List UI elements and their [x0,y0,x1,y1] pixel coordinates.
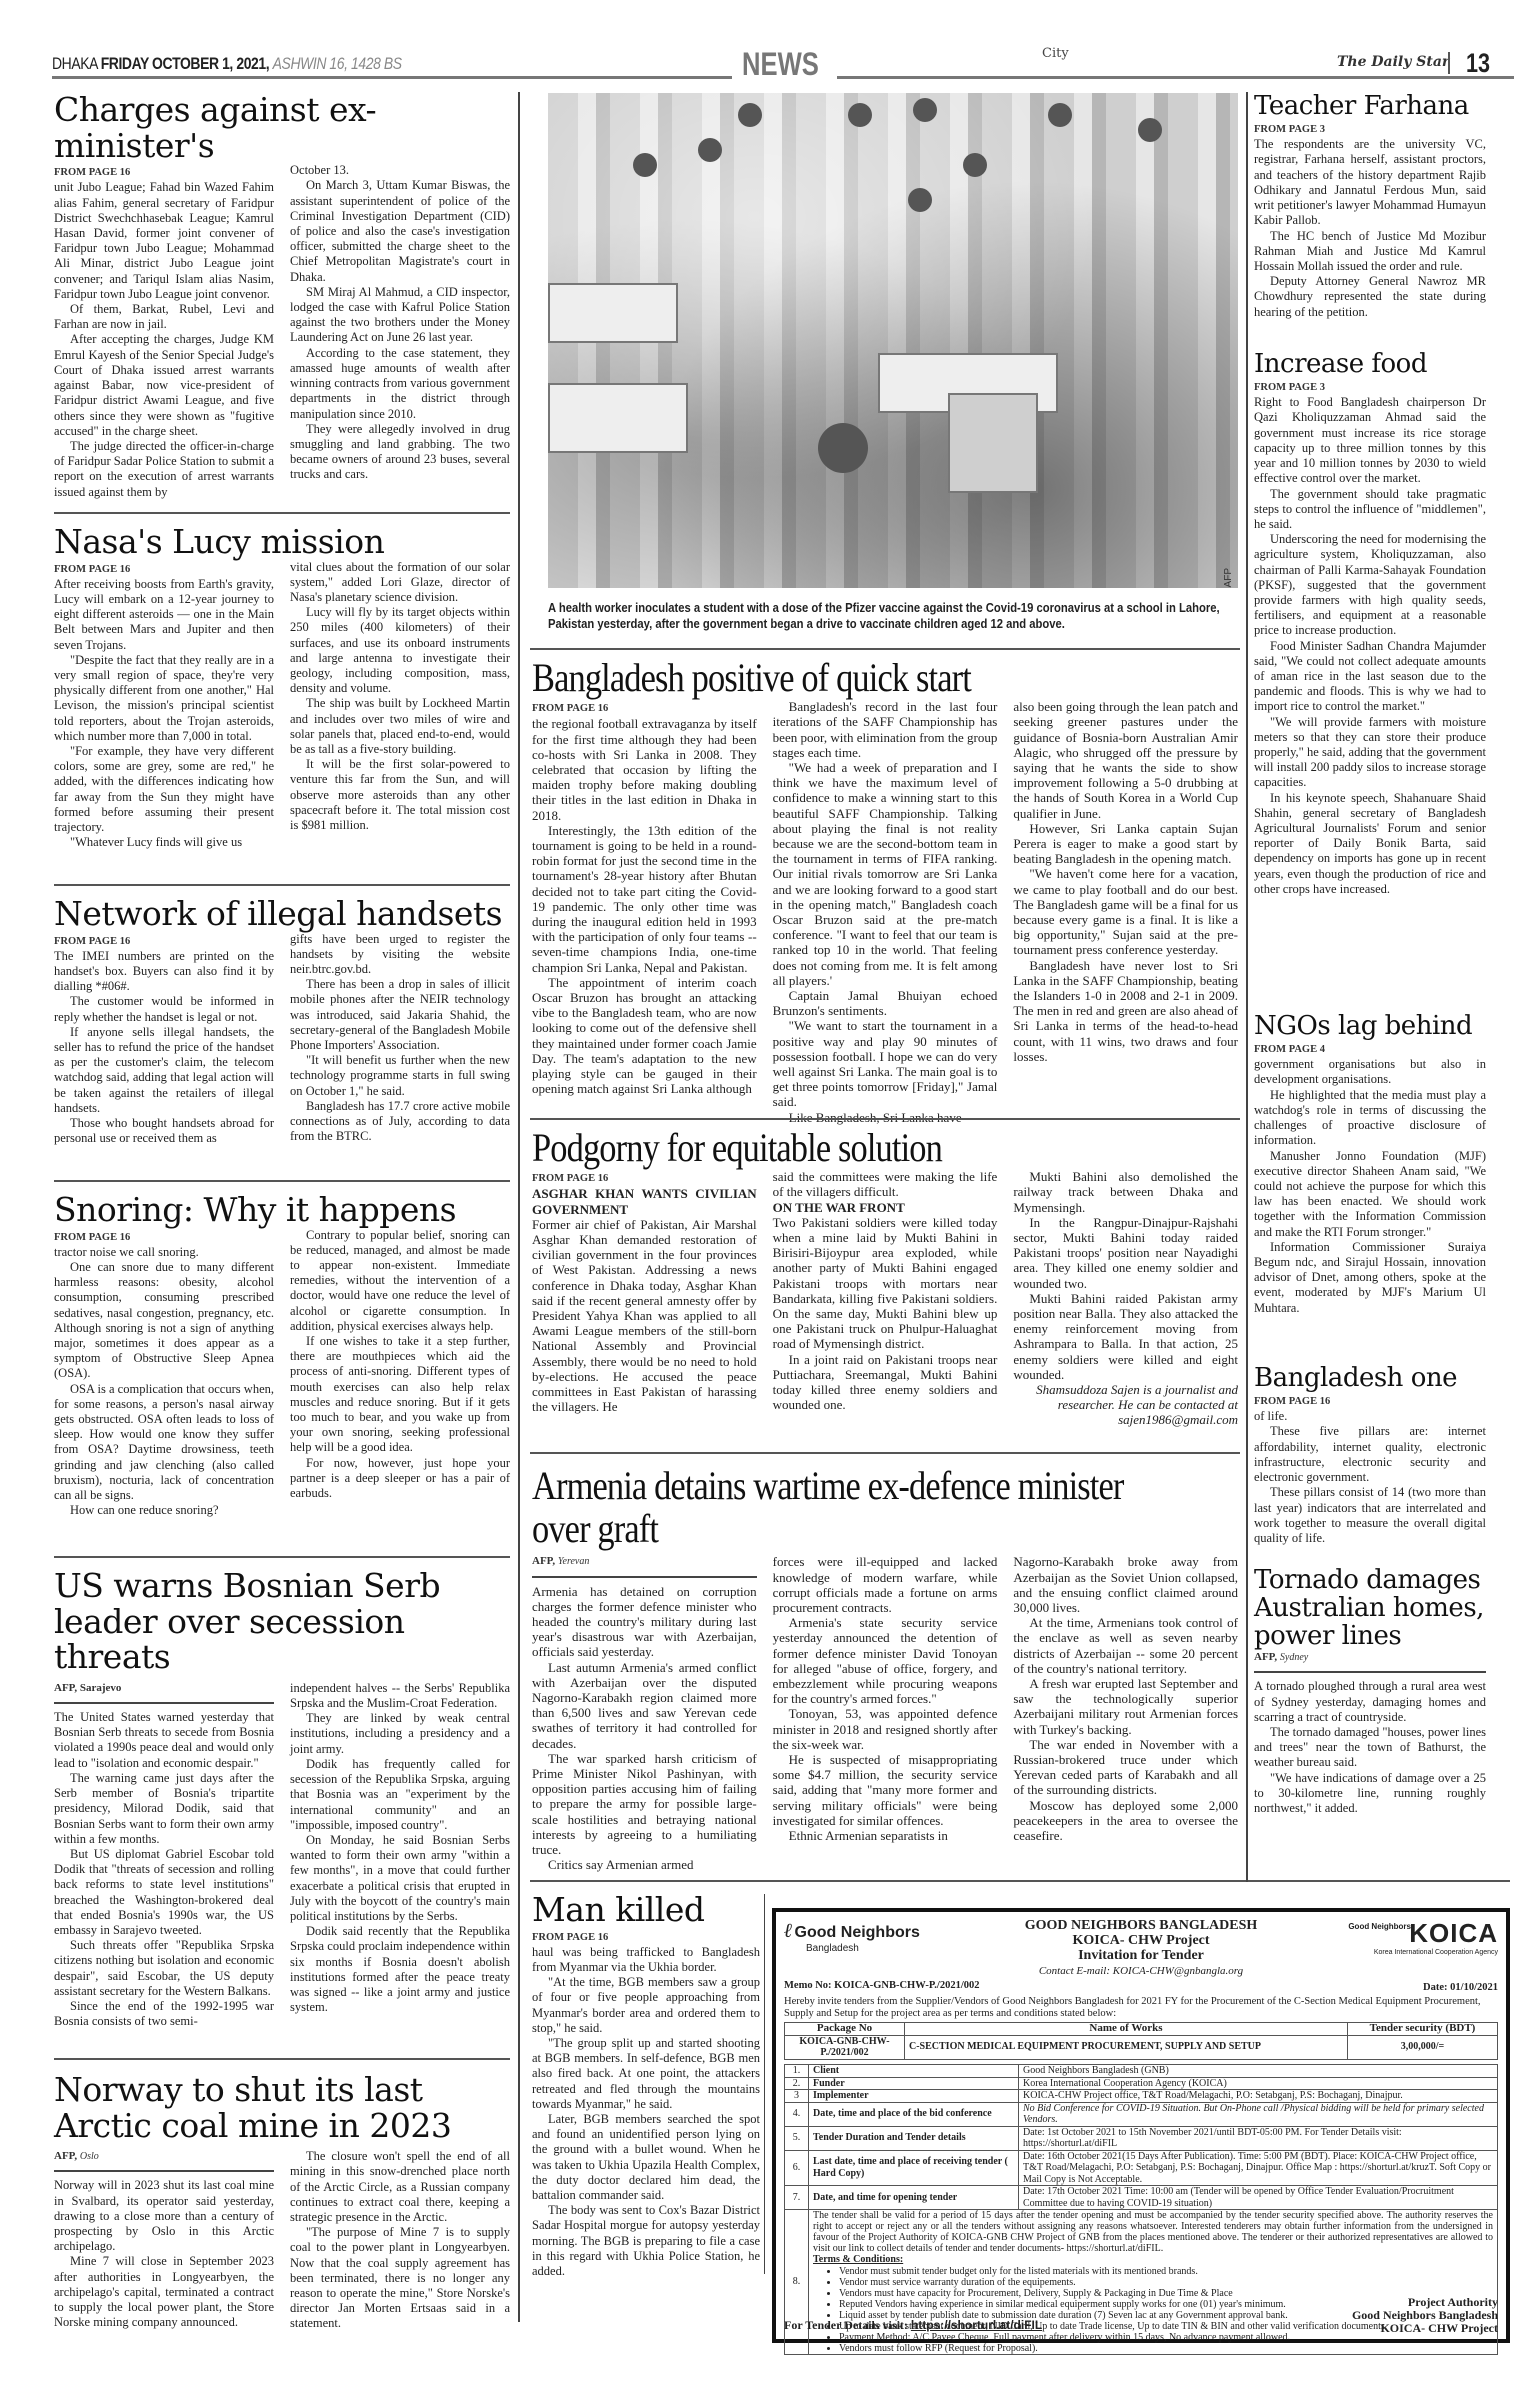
byline-place: Oslo [80,2151,99,2162]
masthead-separator [1448,52,1450,74]
column: The closure won't spell the end of all m… [290,2149,510,2331]
paragraph: of life. [1254,1409,1486,1424]
paragraph: Mukti Bahini raided Pakistan army positi… [1013,1291,1238,1382]
row-value: No Bid Conference for COVID-19 Situation… [1019,2102,1498,2126]
byline: AFP, Oslo [54,2149,274,2172]
paragraph: unit Jubo League; Fahad bin Wazed Fahim … [54,180,274,302]
story-football: Bangladesh positive of quick start FROM … [532,656,1238,1125]
row-key: Date, time and place of the bid conferen… [809,2102,1019,2126]
koica-logo: KOICAKorea International Cooperation Age… [1374,1918,1498,1956]
dateline-city: DHAKA [52,54,97,73]
term-item: Vendors must follow RFP (Request for Pro… [839,2343,1493,2354]
photo-person [963,153,987,177]
column: FROM PAGE 16 unit Jubo League; Fahad bin… [54,163,274,499]
headline: Charges against ex-minister's [54,92,510,163]
byline-place: Sarajevo [80,1682,122,1694]
column: FROM PAGE 16 the regional football extra… [532,699,757,1125]
column: forces were ill-equipped and lacked know… [773,1554,998,1872]
paragraph: A tornado ploughed through a rural area … [1254,1679,1486,1725]
paragraph: Lucy will fly by its target objects with… [290,605,510,696]
table-header: Name of Works [905,2023,1348,2036]
paragraph: He is suspected of misappropriating some… [773,1752,998,1828]
paragraph: vital clues about the formation of our s… [290,560,510,606]
story-teacher-farhana: Teacher Farhana FROM PAGE 3 The responde… [1254,92,1486,320]
paragraph: The respondents are the university VC, r… [1254,137,1486,228]
paragraph: Mukti Bahini also demolished the railway… [1013,1169,1238,1215]
paragraph: "It will benefit us further when the new… [290,1053,510,1099]
photo-person [1048,103,1072,127]
table-row: 3ImplementerKOICA-CHW Project office, T&… [785,2090,1498,2103]
story-tornado: Tornado damages Australian homes, power … [1254,1566,1486,1816]
paragraph: In his keynote speech, Shahanuare Shaid … [1254,791,1486,897]
table-row: 1.ClientGood Neighbors Bangladesh (GNB) [785,2065,1498,2078]
paragraph: Manusher Jonno Foundation (MJF) executiv… [1254,1149,1486,1240]
paragraph: Deputy Attorney General Nawroz MR Chowdh… [1254,274,1486,320]
paragraph: Ethnic Armenian separatists in [773,1828,998,1843]
gn-logo-icon: ℓ [784,1918,793,1942]
memo-number: Memo No: KOICA-GNB-CHW-P./2021/002 [784,1980,980,1991]
photo-person [908,188,932,212]
good-neighbors-logo: ℓGood NeighborsBangladesh [784,1918,920,1954]
paragraph: Food Minister Sadhan Chandra Majumder sa… [1254,639,1486,715]
paragraph: Norway will in 2023 shut its last coal m… [54,2178,274,2254]
dateline-bangla-date: ASHWIN 16, 1428 BS [273,54,402,73]
row-value: Korea International Cooperation Agency (… [1019,2077,1498,2090]
masthead-rule-right [837,76,1514,79]
paragraph: If one wishes to take it a step further,… [290,1334,510,1456]
ad-title: KOICA- CHW Project [976,1933,1306,1948]
story-increase-food: Increase food FROM PAGE 3 Right to Food … [1254,350,1486,897]
paragraph: Former air chief of Pakistan, Air Marsha… [532,1217,757,1415]
kicker: FROM PAGE 3 [1254,380,1486,395]
author-signature: Shamsuddoza Sajen is a journalist and re… [1013,1382,1238,1428]
paragraph: They are linked by weak central institut… [290,1711,510,1757]
kicker: FROM PAGE 16 [54,165,274,180]
column: Mukti Bahini also demolished the railway… [1013,1169,1238,1427]
paragraph: The customer would be informed in reply … [54,994,274,1024]
paragraph: "We want to start the tournament in a po… [773,1018,998,1109]
column: Contrary to popular belief, snoring can … [290,1228,510,1519]
paragraph: OSA is a complication that occurs when, … [54,1382,274,1504]
table-cell: KOICA-GNB-CHW-P./2021/002 [785,2035,905,2059]
paragraph: After accepting the charges, Judge KM Em… [54,332,274,438]
brand-left-sub: Bangladesh [806,1943,920,1954]
paragraph: "At the time, BGB members saw a group of… [532,1975,760,2036]
paragraph: "We will provide farmers with moisture m… [1254,715,1486,791]
photo-person [738,103,762,127]
divider [54,1180,510,1182]
headline: Bangladesh one [1254,1364,1486,1392]
headline: Tornado damages Australian homes, power … [1254,1566,1486,1650]
paragraph: tractor noise we call snoring. [54,1245,274,1260]
column: AFP, Oslo Norway will in 2023 shut its l… [54,2149,274,2331]
paragraph: The judge directed the officer-in-charge… [54,439,274,500]
table-row: 5.Tender Duration and Tender detailsDate… [785,2126,1498,2150]
paragraph: The warning came just days after the Ser… [54,1771,274,1847]
tender-advertisement: ℓGood NeighborsBangladesh GOOD NEIGHBORS… [772,1908,1510,2343]
headline: Teacher Farhana [1254,92,1486,120]
photo-cooler [948,393,1038,493]
paragraph: In the Rangpur-Dinajpur-Rajshahi sector,… [1013,1215,1238,1291]
column-divider [764,1894,765,2274]
paragraph: "Whatever Lucy finds will give us [54,835,274,850]
story-bangladesh-one: Bangladesh one FROM PAGE 16 of life. The… [1254,1364,1486,1546]
headline: Snoring: Why it happens [54,1192,510,1228]
paragraph: In a joint raid on Pakistani troops near… [773,1352,998,1413]
table-row: 2.FunderKorea International Cooperation … [785,2077,1498,2090]
row-value: Good Neighbors Bangladesh (GNB) [1019,2065,1498,2078]
row-number: 3 [785,2090,809,2103]
footer-label: For Tender Details visit: [784,2318,908,2332]
ad-footer-left: For Tender Details visit: https://shortu… [784,2318,1042,2333]
paragraph: The war sparked harsh criticism of Prime… [532,1751,757,1857]
paragraph: Bangladesh's record in the last four ite… [773,699,998,760]
headline: US warns Bosnian Serb leader over secess… [54,1568,510,1675]
brand-left: Good Neighbors [795,1924,920,1941]
row-key: Date, and time for opening tender [809,2186,1019,2210]
paragraph: One can snore due to many different harm… [54,1260,274,1382]
photo-person [848,103,872,127]
photo-person [1138,118,1162,142]
paragraph: They were allegedly involved in drug smu… [290,422,510,483]
table-header: Package No [785,2023,905,2036]
row-number: 5. [785,2126,809,2150]
row-number: 6. [785,2150,809,2186]
photo-desk [548,383,688,453]
story-man-killed: Man killed FROM PAGE 16 haul was being t… [532,1892,760,2279]
column: FROM PAGE 16 haul was being trafficked t… [532,1928,760,2280]
kicker: FROM PAGE 16 [1254,1394,1486,1409]
byline-agency: AFP, [532,1555,555,1567]
paragraph: There has been a drop in sales of illici… [290,977,510,1053]
divider [54,884,510,886]
headline: Nasa's Lucy mission [54,524,510,560]
column-divider [518,92,520,2322]
ad-footer-right: Project Authority Good Neighbors Banglad… [1352,2296,1498,2335]
paragraph: These five pillars are: internet afforda… [1254,1424,1486,1485]
paragraph: "Despite the fact that they really are i… [54,653,274,744]
paragraph: However, Sri Lanka captain Sujan Perera … [1013,821,1238,867]
photo-person [913,98,937,122]
kicker: FROM PAGE 4 [1254,1042,1486,1057]
column: FROM PAGE 16 tractor noise we call snori… [54,1228,274,1519]
paragraph: Interestingly, the 13th edition of the t… [532,823,757,975]
paragraph: Two Pakistani soldiers were killed today… [773,1215,998,1352]
column: FROM PAGE 16 The IMEI numbers are printe… [54,932,274,1147]
ad-title-block: GOOD NEIGHBORS BANGLADESH KOICA- CHW Pro… [976,1918,1306,1979]
table-row: 6.Last date, time and place of receiving… [785,2150,1498,2186]
paragraph: Of them, Barkat, Rubel, Levi and Farhan … [54,302,274,332]
paragraph: Captain Jamal Bhuiyan echoed Brunzon's s… [773,988,998,1018]
headline: Man killed [532,1892,760,1928]
paragraph: If anyone sells illegal handsets, the se… [54,1025,274,1116]
paragraph: These pillars consist of 14 (two more th… [1254,1485,1486,1546]
paragraph: The ship was built by Lockheed Martin an… [290,696,510,757]
tender-footer-link[interactable]: https://shorturl.at/diFIL [911,2318,1042,2332]
paragraph: gifts have been urged to register the ha… [290,932,510,978]
ad-title: GOOD NEIGHBORS BANGLADESH [976,1918,1306,1933]
paragraph: Nagorno-Karabakh broke away from Azerbai… [1013,1554,1238,1615]
paragraph: Since the end of the 1992-1995 war Bosni… [54,1999,274,2029]
paragraph: The closure won't spell the end of all m… [290,2149,510,2225]
paragraph: also been going through the lean patch a… [1013,699,1238,821]
column: Nagorno-Karabakh broke away from Azerbai… [1013,1554,1238,1872]
paragraph: SM Miraj Al Mahmud, a CID inspector, lod… [290,285,510,346]
paragraph: "For example, they have very different c… [54,744,274,835]
column: gifts have been urged to register the ha… [290,932,510,1147]
terms-title: Terms & Conditions: [813,2254,1493,2266]
footer-project: KOICA- CHW Project [1352,2322,1498,2335]
paragraph: Those who bought handsets abroad for per… [54,1116,274,1146]
paragraph: But US diplomat Gabriel Escobar told Dod… [54,1847,274,1938]
paragraph: The body was sent to Cox's Bazar Distric… [532,2203,760,2279]
byline: AFP, Sydney [1254,1650,1486,1673]
photo-caption: A health worker inoculates a student wit… [548,600,1232,632]
table-cell: 3,00,000/= [1348,2035,1498,2059]
tender-details-link[interactable]: Date: 1st October 2021 to 15th November … [1019,2126,1498,2150]
divider [54,1556,510,1558]
paragraph: Last autumn Armenia's armed conflict wit… [532,1660,757,1751]
paragraph: Armenia's state security service yesterd… [773,1615,998,1706]
paragraph: Information Commissioner Suraiya Begum n… [1254,1240,1486,1316]
paragraph: How can one reduce snoring? [54,1503,274,1518]
ad-contact-email: Contact E-mail: KOICA-CHW@gnbangla.org [1039,1965,1243,1977]
row-key: Funder [809,2077,1019,2090]
story-norway: Norway to shut its last Arctic coal mine… [54,2072,510,2332]
validity-text: The tender shall be valid for a period o… [813,2210,1493,2254]
story-charges: Charges against ex-minister's FROM PAGE … [54,92,510,500]
paragraph: Moscow has deployed some 2,000 peacekeep… [1013,1798,1238,1844]
story-armenia: Armenia detains wartime ex-defence minis… [532,1464,1238,1872]
paragraph: Later, BGB members searched the spot and… [532,2112,760,2203]
column: also been going through the lean patch a… [1013,699,1238,1125]
headline: NGOs lag behind [1254,1012,1486,1040]
paragraph: "We haven't come here for a vacation, we… [1013,866,1238,957]
paragraph: independent halves -- the Serbs' Republi… [290,1681,510,1711]
paragraph: Underscoring the need for modernising th… [1254,532,1486,638]
column: independent halves -- the Serbs' Republi… [290,1681,510,2029]
column: vital clues about the formation of our s… [290,560,510,851]
column: AFP, Sydney A tornado ploughed through a… [1254,1650,1486,1816]
ad-title: Invitation for Tender [976,1948,1306,1963]
paragraph: Dodik said recently that the Republika S… [290,1924,510,2015]
paragraph: Bangladesh have never lost to Sri Lanka … [1013,958,1238,1064]
kicker: FROM PAGE 16 [532,1171,757,1186]
dateline: DHAKA FRIDAY OCTOBER 1, 2021, ASHWIN 16,… [52,54,402,74]
row-value: KOICA-CHW Project office, T&T Road/Melag… [1019,2090,1498,2103]
story-ngos-lag-behind: NGOs lag behind FROM PAGE 4 government o… [1254,1012,1486,1316]
story-podgorny: Podgorny for equitable solution FROM PAG… [532,1126,1238,1428]
paragraph: Armenia has detained on corruption charg… [532,1584,757,1660]
paragraph: The government should take pragmatic ste… [1254,487,1486,533]
column: AFP, Sarajevo The United States warned y… [54,1681,274,2029]
paragraph: Bangladesh has 17.7 crore active mobile … [290,1099,510,1145]
kicker: FROM PAGE 16 [54,934,274,949]
column: AFP, Yerevan Armenia has detained on cor… [532,1554,757,1872]
paragraph: At the time, Armenians took control of t… [1013,1615,1238,1676]
paragraph: Dodik has frequently called for secessio… [290,1757,510,1833]
paragraph: The United States warned yesterday that … [54,1710,274,1771]
paragraph: On Monday, he said Bosnian Serbs wanted … [290,1833,510,1924]
headline: Podgorny for equitable solution [532,1126,1139,1169]
story-handsets: Network of illegal handsets FROM PAGE 16… [54,896,510,1146]
photo-person [633,153,657,177]
paragraph: "We had a week of preparation and I thin… [773,760,998,988]
row-key: Tender Duration and Tender details [809,2126,1019,2150]
table-cell: C-SECTION MEDICAL EQUIPMENT PROCUREMENT,… [905,2035,1348,2059]
koica-wordmark: KOICA [1374,1918,1498,1949]
paragraph: Critics say Armenian armed [532,1857,757,1872]
divider [530,648,1240,650]
paragraph: Tonoyan, 53, was appointed defence minis… [773,1706,998,1752]
paragraph: Such threats offer "Republika Srpska cit… [54,1938,274,1999]
story-snoring: Snoring: Why it happens FROM PAGE 16 tra… [54,1192,510,1518]
column: Bangladesh's record in the last four ite… [773,699,998,1125]
column: FROM PAGE 3 The respondents are the univ… [1254,120,1486,320]
paragraph: "The purpose of Mine 7 is to supply coal… [290,2225,510,2331]
byline-agency: AFP, [1254,1651,1277,1663]
paragraph: According to the case statement, they am… [290,346,510,422]
column-divider [1246,92,1248,1882]
row-number: 4. [785,2102,809,2126]
column: said the committees were making the life… [773,1169,998,1427]
column: FROM PAGE 4 government organisations but… [1254,1040,1486,1316]
column: FROM PAGE 16 ASGHAR KHAN WANTS CIVILIAN … [532,1169,757,1427]
divider [54,2058,510,2060]
paragraph: forces were ill-equipped and lacked know… [773,1554,998,1615]
divider [530,1880,1510,1882]
divider [530,1118,1240,1120]
row-number: 7. [785,2186,809,2210]
package-table: Package No Name of Works Tender security… [784,2022,1498,2060]
paragraph: The HC bench of Justice Md Mozibur Rahma… [1254,229,1486,275]
kicker: FROM PAGE 16 [532,1930,760,1945]
paragraph: The IMEI numbers are printed on the hand… [54,949,274,995]
column: October 13. On March 3, Uttam Kumar Bisw… [290,163,510,499]
masthead: DHAKA FRIDAY OCTOBER 1, 2021, ASHWIN 16,… [52,52,1514,78]
section-label: NEWS [742,46,819,83]
paragraph: After receiving boosts from Earth's grav… [54,577,274,653]
photo-credit: PHOTO: AFP [1223,568,1234,588]
column: FROM PAGE 16 After receiving boosts from… [54,560,274,851]
row-key: Last date, time and place of receiving t… [809,2150,1019,2186]
photo-person [698,138,722,162]
byline: AFP, Yerevan [532,1554,757,1577]
news-photo: PHOTO: AFP [548,93,1238,588]
divider [530,1452,1240,1454]
column: FROM PAGE 16 of life. These five pillars… [1254,1392,1486,1546]
row-number: 1. [785,2065,809,2078]
term-item: Vendor must submit tender budget only fo… [839,2266,1493,2277]
paragraph: "The group split up and started shooting… [532,2036,760,2112]
paragraph: "We have indications of damage over a 25… [1254,1771,1486,1817]
term-item: Vendor must service warranty duration of… [839,2277,1493,2288]
table-header: Tender security (BDT) [1348,2023,1498,2036]
subhead: ON THE WAR FRONT [773,1200,998,1215]
column: FROM PAGE 3 Right to Food Bangladesh cha… [1254,378,1486,897]
ad-intro: Hereby invite tenders from the Supplier/… [784,1996,1498,2020]
byline-agency: AFP, [54,1682,77,1694]
byline: AFP, Sarajevo [54,1681,274,1704]
paragraph: For now, however, just hope your partner… [290,1456,510,1502]
kicker: FROM PAGE 16 [532,701,757,716]
headline: Bangladesh positive of quick start [532,656,1139,699]
paragraph: haul was being trafficked to Bangladesh … [532,1945,760,1975]
paragraph: October 13. [290,163,510,178]
subhead: ASGHAR KHAN WANTS CIVILIAN GOVERNMENT [532,1186,757,1216]
kicker: FROM PAGE 16 [54,1230,274,1245]
paragraph: He highlighted that the media must play … [1254,1088,1486,1149]
photo-student [818,423,868,473]
paragraph: said the committees were making the life… [773,1169,998,1199]
dateline-date: FRIDAY OCTOBER 1, 2021, [101,54,270,73]
paragraph: The war ended in November with a Russian… [1013,1737,1238,1798]
kicker: FROM PAGE 3 [1254,122,1486,137]
row-key: Implementer [809,2090,1019,2103]
paper-logo: The Daily Star [1337,54,1449,70]
byline-place: Sydney [1280,1652,1308,1663]
headline: Network of illegal handsets [54,896,510,932]
koica-sub: Korea International Cooperation Agency [1374,1949,1498,1956]
headline: Armenia detains wartime ex-defence minis… [532,1464,1186,1550]
office-map-link[interactable]: Date: 16th October 2021(15 Days After Pu… [1019,2150,1498,2186]
row-number: 2. [785,2077,809,2090]
paragraph: Contrary to popular belief, snoring can … [290,1228,510,1334]
ad-date: Date: 01/10/2021 [1423,1982,1498,1993]
divider [54,512,510,514]
paragraph: government organisations but also in dev… [1254,1057,1486,1087]
headline: Increase food [1254,350,1486,378]
story-bosnia: US warns Bosnian Serb leader over secess… [54,1568,510,2029]
paragraph: the regional football extravaganza by it… [532,716,757,822]
byline-agency: AFP, [54,2150,77,2162]
story-lucy: Nasa's Lucy mission FROM PAGE 16 After r… [54,524,510,850]
paragraph: A fresh war erupted last September and s… [1013,1676,1238,1737]
paragraph: Right to Food Bangladesh chairperson Dr … [1254,395,1486,486]
photo-desk [548,283,678,343]
headline: Norway to shut its last Arctic coal mine… [54,2072,510,2143]
paragraph: The tornado damaged "houses, power lines… [1254,1725,1486,1771]
masthead-rule-left [52,76,732,79]
paragraph: The appointment of interim coach Oscar B… [532,975,757,1097]
kicker: FROM PAGE 16 [54,562,274,577]
subsection-label: City [1042,46,1069,61]
paragraph: It will be the first solar-powered to ve… [290,757,510,833]
row-key: Client [809,2065,1019,2078]
table-row: 7.Date, and time for opening tenderDate:… [785,2186,1498,2210]
paragraph: On March 3, Uttam Kumar Biswas, the assi… [290,178,510,284]
paragraph: Mine 7 will close in September 2023 afte… [54,2254,274,2330]
page-number: 13 [1466,48,1490,79]
row-value: Date: 17th October 2021 Time: 10:00 am (… [1019,2186,1498,2210]
table-row: 4.Date, time and place of the bid confer… [785,2102,1498,2126]
byline-place: Yerevan [558,1556,589,1567]
